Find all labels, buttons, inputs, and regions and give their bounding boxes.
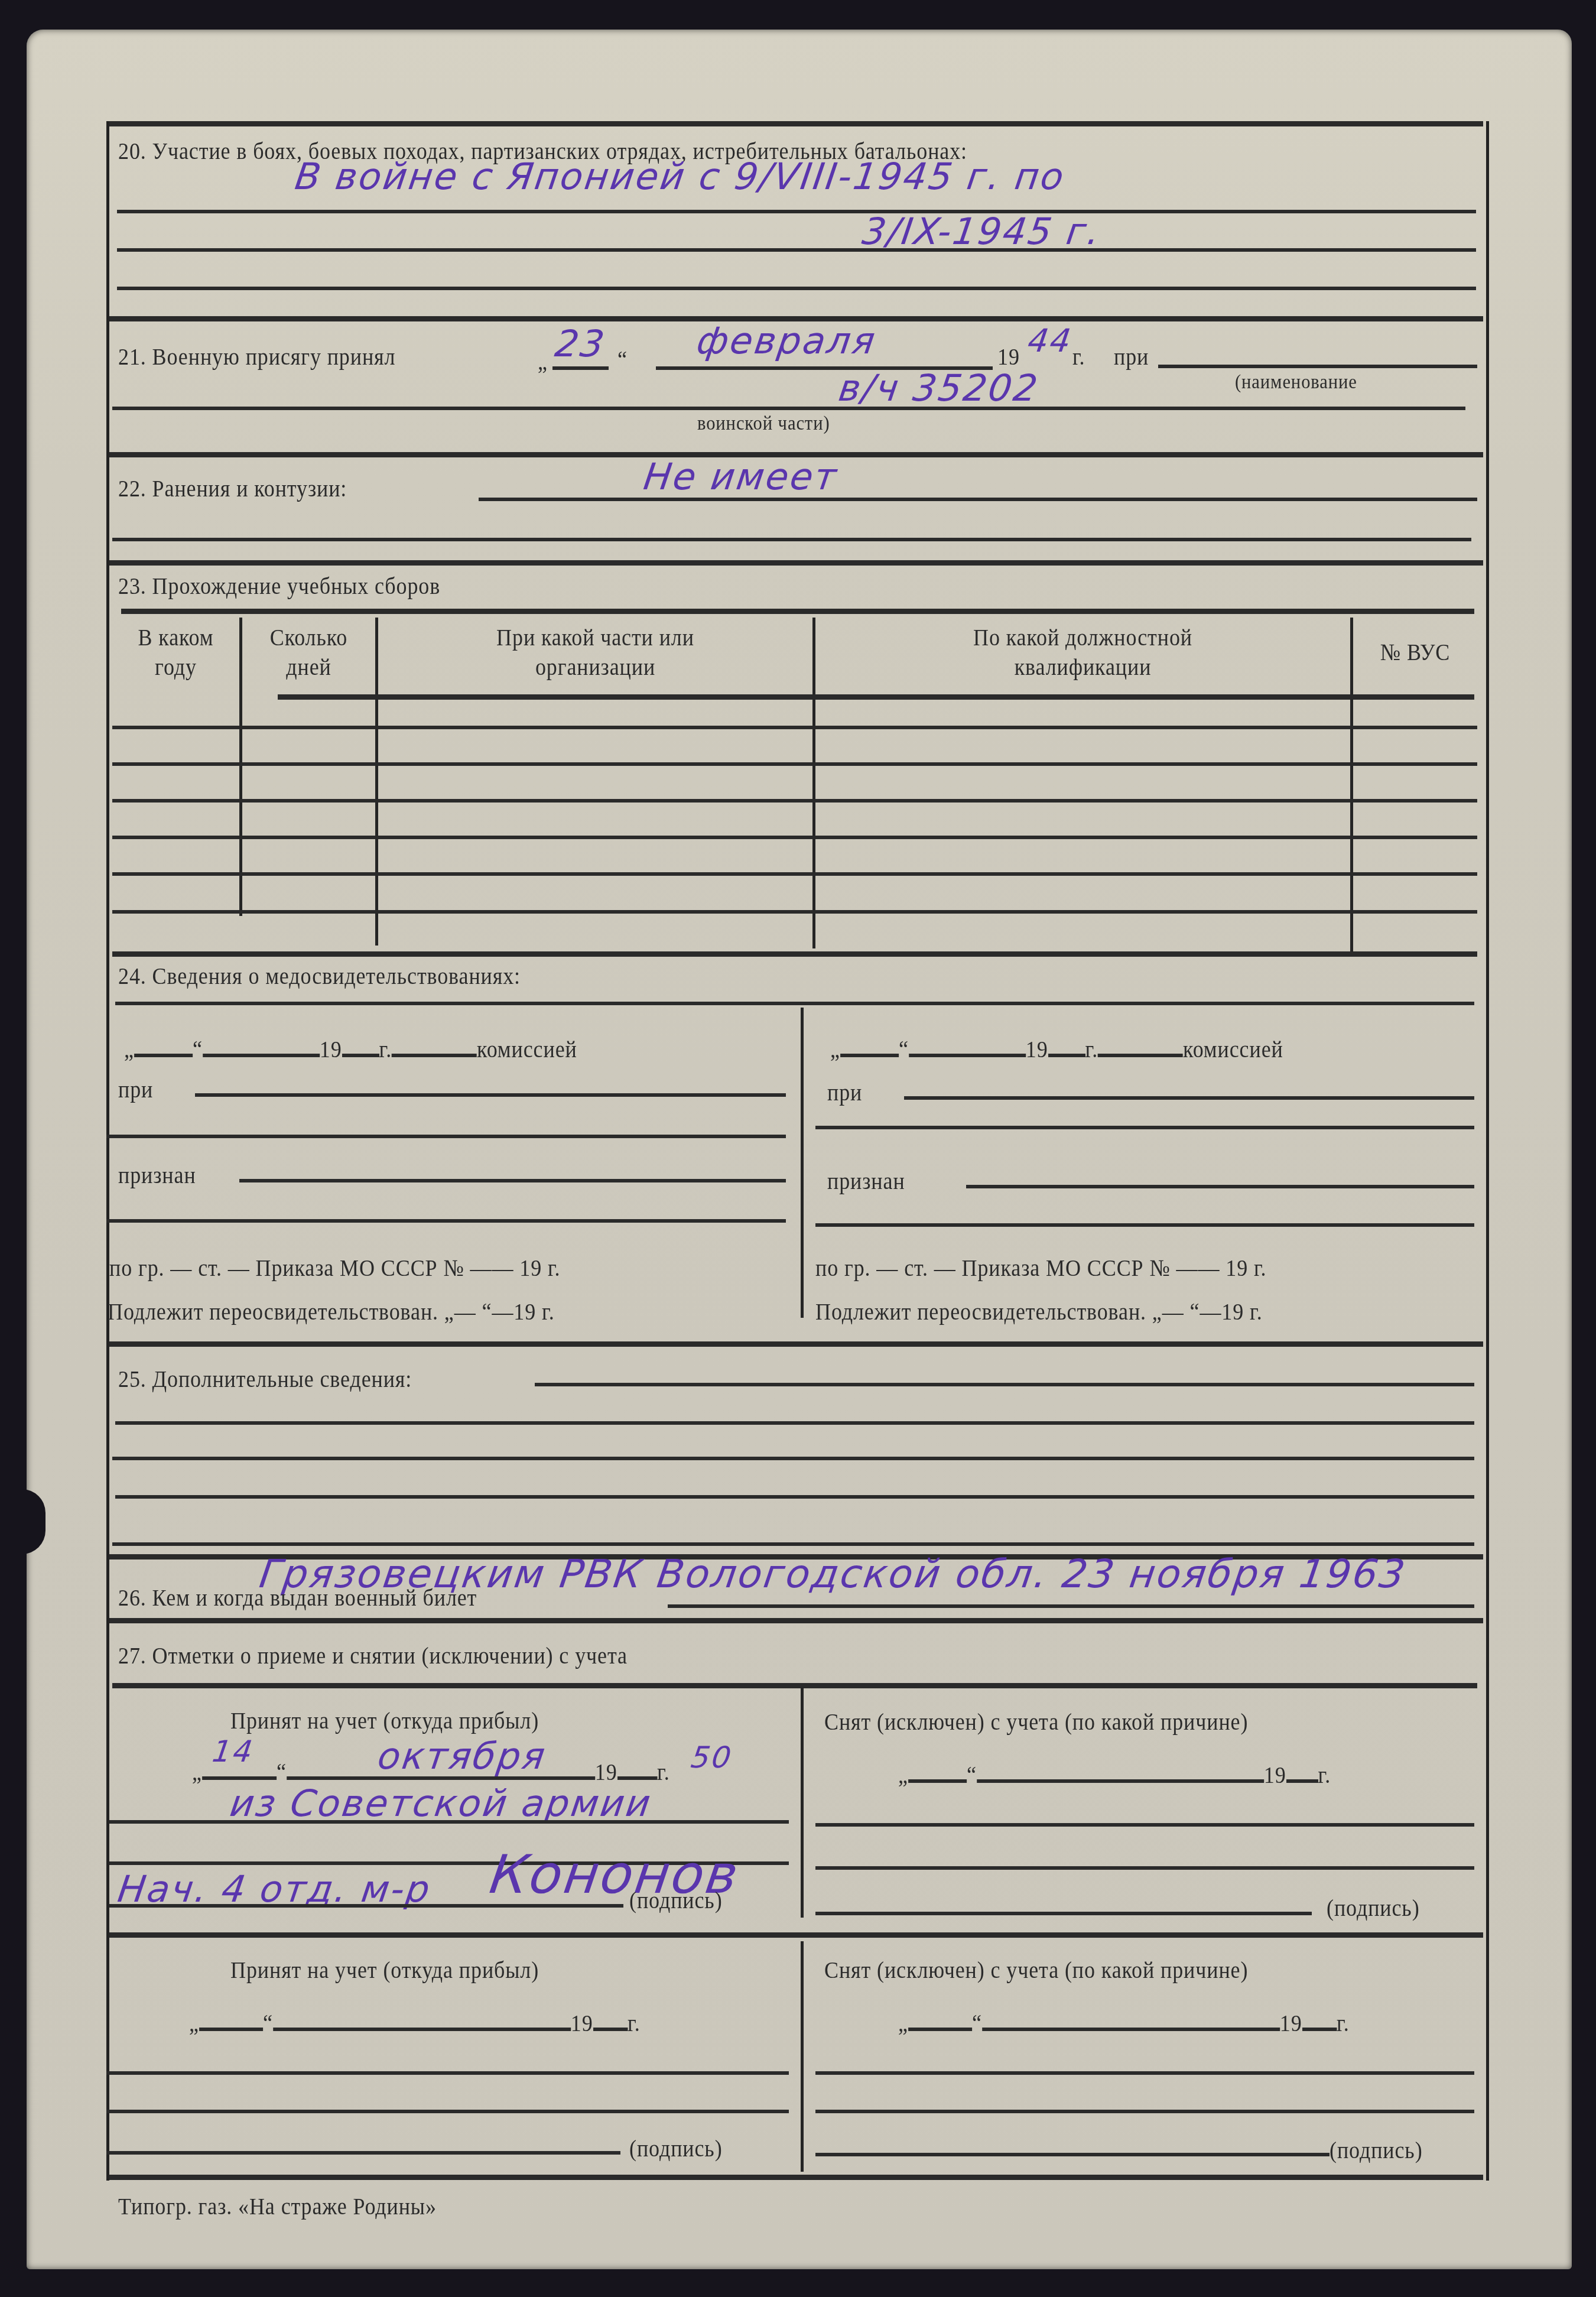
s27-box3-line-1 [106,2071,789,2075]
s24-col-divider [801,1008,804,1303]
s24-left-recognized-line [239,1179,786,1182]
s25-line-2 [115,1421,1474,1425]
printer-imprint: Типогр. газ. «На страже Родины» [118,2192,437,2220]
s27-box3-date: „“19г. [189,2009,641,2037]
divider [109,2175,1483,2180]
s23-col-unit-1: При какой части или [400,623,791,651]
s24-right-line [815,1126,1474,1129]
s21-close-quote: “ [617,346,628,373]
s23-col-vus: № ВУС [1360,638,1471,666]
s23-header-bottom [278,694,1474,700]
s24-label: 24. Сведения о медосвидетельствованиях: [118,962,521,990]
s24-left-at: при [118,1076,153,1103]
s24-left-order: по гр. — ст. — Приказа МО СССР № —— 19 г… [109,1254,560,1282]
s23-col-divider [1350,618,1353,954]
s23-col-unit-2: организации [400,653,791,681]
s27-box4-title: Снят (исключен) с учета (по какой причин… [824,1956,1248,1984]
s27-box2-line-2 [815,1866,1474,1870]
s21-day-line [552,366,609,370]
s27-box4-date: „“19г. [898,2009,1350,2037]
s20-line-1 [117,210,1476,213]
s24-right-recognized: признан [827,1167,905,1195]
s24-right-date: „“19г.комиссией [830,1035,1283,1063]
s23-col-year-2: году [119,653,233,681]
s21-line-2 [112,407,1465,410]
s23-table-top [121,609,1474,614]
s27-box3-sign-line [106,2151,620,2155]
s27-col-divider [801,1687,804,1918]
s27-box1-sign-label: (подпись) [629,1886,723,1914]
s24-right-recheck: Подлежит переосвидетельствован. „— “—19 … [815,1298,1263,1325]
s27-box2-date: „“19г. [898,1761,1331,1789]
s27-col-divider [801,1941,804,2172]
s22-value: Не имеет [641,455,841,498]
s24-left-line [106,1135,786,1138]
s27-box4-sign-line [815,2153,1330,2156]
divider [112,951,1477,957]
s27-box1-line-1 [109,1820,789,1824]
s24-right-recognized-line [966,1185,1474,1188]
divider [109,1932,1483,1938]
s22-line-2 [112,538,1471,541]
table-row [112,726,1477,729]
s24-right-order: по гр. — ст. — Приказа МО СССР № —— 19 г… [815,1254,1266,1282]
s21-day: 23 [552,322,609,365]
s24-left-recognized: признан [118,1161,196,1189]
s24-col-divider [801,1265,804,1318]
s27-box4-line-2 [815,2110,1474,2113]
s27-box1-title: Принят на учет (откуда прибыл) [230,1707,539,1734]
divider [109,1341,1483,1347]
s21-open-quote: „ [538,347,548,375]
s25-line-1 [535,1383,1474,1386]
divider [109,560,1483,566]
s23-col-qual-2: квалификации [842,653,1324,681]
s20-line-3 [117,287,1476,290]
divider [109,1618,1483,1623]
s27-box2-title: Снят (исключен) с учета (по какой причин… [824,1708,1248,1736]
s20-line-2 [117,248,1476,252]
s22-line-1 [479,498,1477,501]
s23-col-qual-1: По какой должностной [842,623,1324,651]
s27-box1-sign-line [109,1904,623,1908]
s24-right-at: при [827,1078,862,1106]
s21-label: 21. Военную присягу принял [118,343,395,371]
s24-left-line-2 [106,1219,786,1223]
s21-month: февраля [694,319,879,362]
s21-hint-2: воинской части) [697,412,830,435]
s26-line [668,1604,1474,1608]
s23-col-divider [375,618,378,946]
s21-unit-line [1158,365,1477,368]
table-row [112,836,1477,839]
s27-box1-from: из Советской армии [227,1782,655,1825]
s25-label: 25. Дополнительные сведения: [118,1365,412,1393]
s27-box2-sign-line [815,1912,1312,1915]
s27-box2-sign-label: (подпись) [1327,1894,1420,1922]
s26-label: 26. Кем и когда выдан военный билет [118,1584,477,1612]
s22-label: 22. Ранения и контузии: [118,475,347,502]
s21-at: при [1114,343,1149,371]
table-row [112,762,1477,766]
s24-top-line [115,1002,1474,1005]
s23-col-days-2: дней [249,653,369,681]
s24-left-recheck: Подлежит переосвидетельствован. „— “—19 … [108,1298,555,1325]
s27-top-line [112,1683,1477,1688]
s23-col-days-1: Сколько [249,623,369,651]
s25-line-5 [112,1542,1474,1546]
s24-left-date: „“19г.комиссией [124,1035,577,1063]
s24-left-at-line [195,1093,786,1097]
s23-col-divider [239,618,242,916]
divider [109,121,1483,126]
s24-right-at-line [904,1096,1474,1100]
s23-label: 23. Прохождение учебных сборов [118,572,440,600]
s27-box4-line-1 [815,2071,1474,2075]
s27-box3-line-2 [106,2110,789,2113]
s27-box1-year-suffix: 50 [689,1740,735,1775]
s27-box3-sign-label: (подпись) [629,2134,723,2162]
s27-box3-title: Принят на учет (откуда прибыл) [230,1956,539,1984]
s20-handwriting-2: 3/IX-1945 г. [860,210,1104,253]
s27-box4-sign-label: (подпись) [1330,2136,1423,2164]
s21-year-suffix: 44 [1026,322,1075,359]
s27-box2-line-1 [815,1823,1474,1827]
s20-handwriting-1: В войне с Японией с 9/VIII-1945 г. по [292,155,1068,198]
table-row [112,910,1477,914]
s21-year-g: г. [1072,343,1085,371]
torn-edge [22,1489,45,1554]
s25-line-3 [112,1457,1474,1460]
s21-unit: в/ч 35202 [836,366,1042,410]
s23-col-year-1: В каком [119,623,233,651]
s25-line-4 [115,1495,1474,1499]
s23-col-divider [812,618,815,948]
s24-right-line-2 [815,1223,1474,1227]
table-row [112,872,1477,876]
table-row [112,799,1477,803]
s27-label: 27. Отметки о приеме и снятии (исключени… [118,1642,628,1669]
s21-hint-1: (наименование [1235,371,1357,394]
